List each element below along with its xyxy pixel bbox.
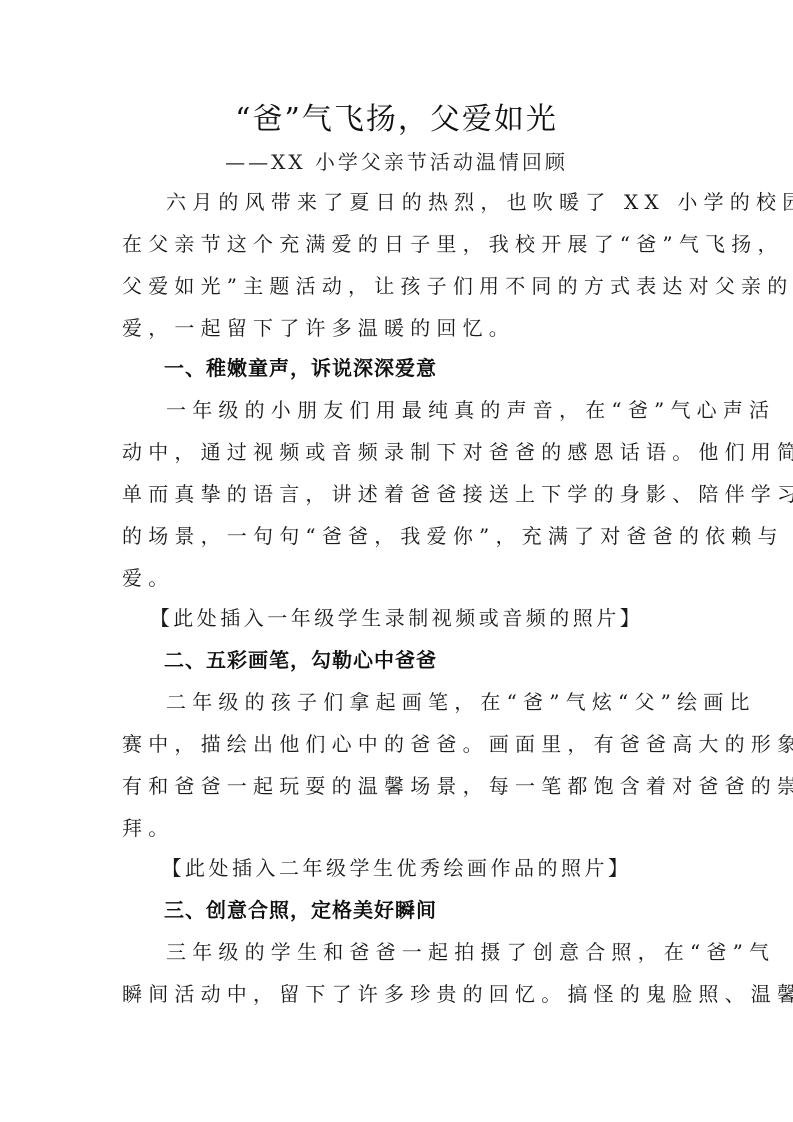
section-3-heading: 三、创意合照，定格美好瞬间 — [164, 896, 437, 924]
intro-line-1: 六月的风带来了夏日的热烈，也吹暖了 XX 小学的校园。 — [166, 188, 678, 216]
section-2-line-1: 二年级的孩子们拿起画笔，在“爸”气炫“父”绘画比 — [166, 688, 678, 716]
section-1-line-5: 爱。 — [122, 564, 678, 592]
section-2-photo-placeholder: 【此处插入二年级学生优秀绘画作品的照片】 — [0, 854, 793, 882]
section-2-line-3: 有和爸爸一起玩耍的温馨场景，每一笔都饱含着对爸爸的崇 — [122, 772, 678, 800]
section-1-heading: 一、稚嫩童声，诉说深深爱意 — [164, 354, 437, 382]
section-3-line-1: 三年级的学生和爸爸一起拍摄了创意合照，在“爸”气 — [166, 938, 678, 966]
document-title: “爸”气飞扬，父爱如光 — [0, 94, 793, 138]
section-1-line-2: 动中，通过视频或音频录制下对爸爸的感恩话语。他们用简 — [122, 438, 678, 466]
section-2-heading: 二、五彩画笔，勾勒心中爸爸 — [164, 646, 437, 674]
intro-line-2: 在父亲节这个充满爱的日子里，我校开展了“爸”气飞扬， — [122, 230, 678, 258]
document-page: “爸”气飞扬，父爱如光 ——XX 小学父亲节活动温情回顾 六月的风带来了夏日的热… — [0, 0, 793, 1122]
section-2-line-2: 赛中，描绘出他们心中的爸爸。画面里，有爸爸高大的形象， — [122, 730, 678, 758]
section-1-line-4: 的场景，一句句“爸爸，我爱你”，充满了对爸爸的依赖与 — [122, 522, 678, 550]
section-1-line-3: 单而真挚的语言，讲述着爸爸接送上下学的身影、陪伴学习 — [122, 480, 678, 508]
section-3-line-2: 瞬间活动中，留下了许多珍贵的回忆。搞怪的鬼脸照、温馨 — [122, 980, 678, 1008]
intro-line-4: 爱，一起留下了许多温暖的回忆。 — [122, 314, 678, 342]
section-1-line-1: 一年级的小朋友们用最纯真的声音，在“爸”气心声活 — [166, 396, 678, 424]
document-subtitle: ——XX 小学父亲节活动温情回顾 — [0, 146, 793, 175]
section-1-photo-placeholder: 【此处插入一年级学生录制视频或音频的照片】 — [0, 604, 793, 632]
section-2-line-4: 拜。 — [122, 814, 678, 842]
intro-line-3: 父爱如光”主题活动，让孩子们用不同的方式表达对父亲的 — [122, 272, 678, 300]
